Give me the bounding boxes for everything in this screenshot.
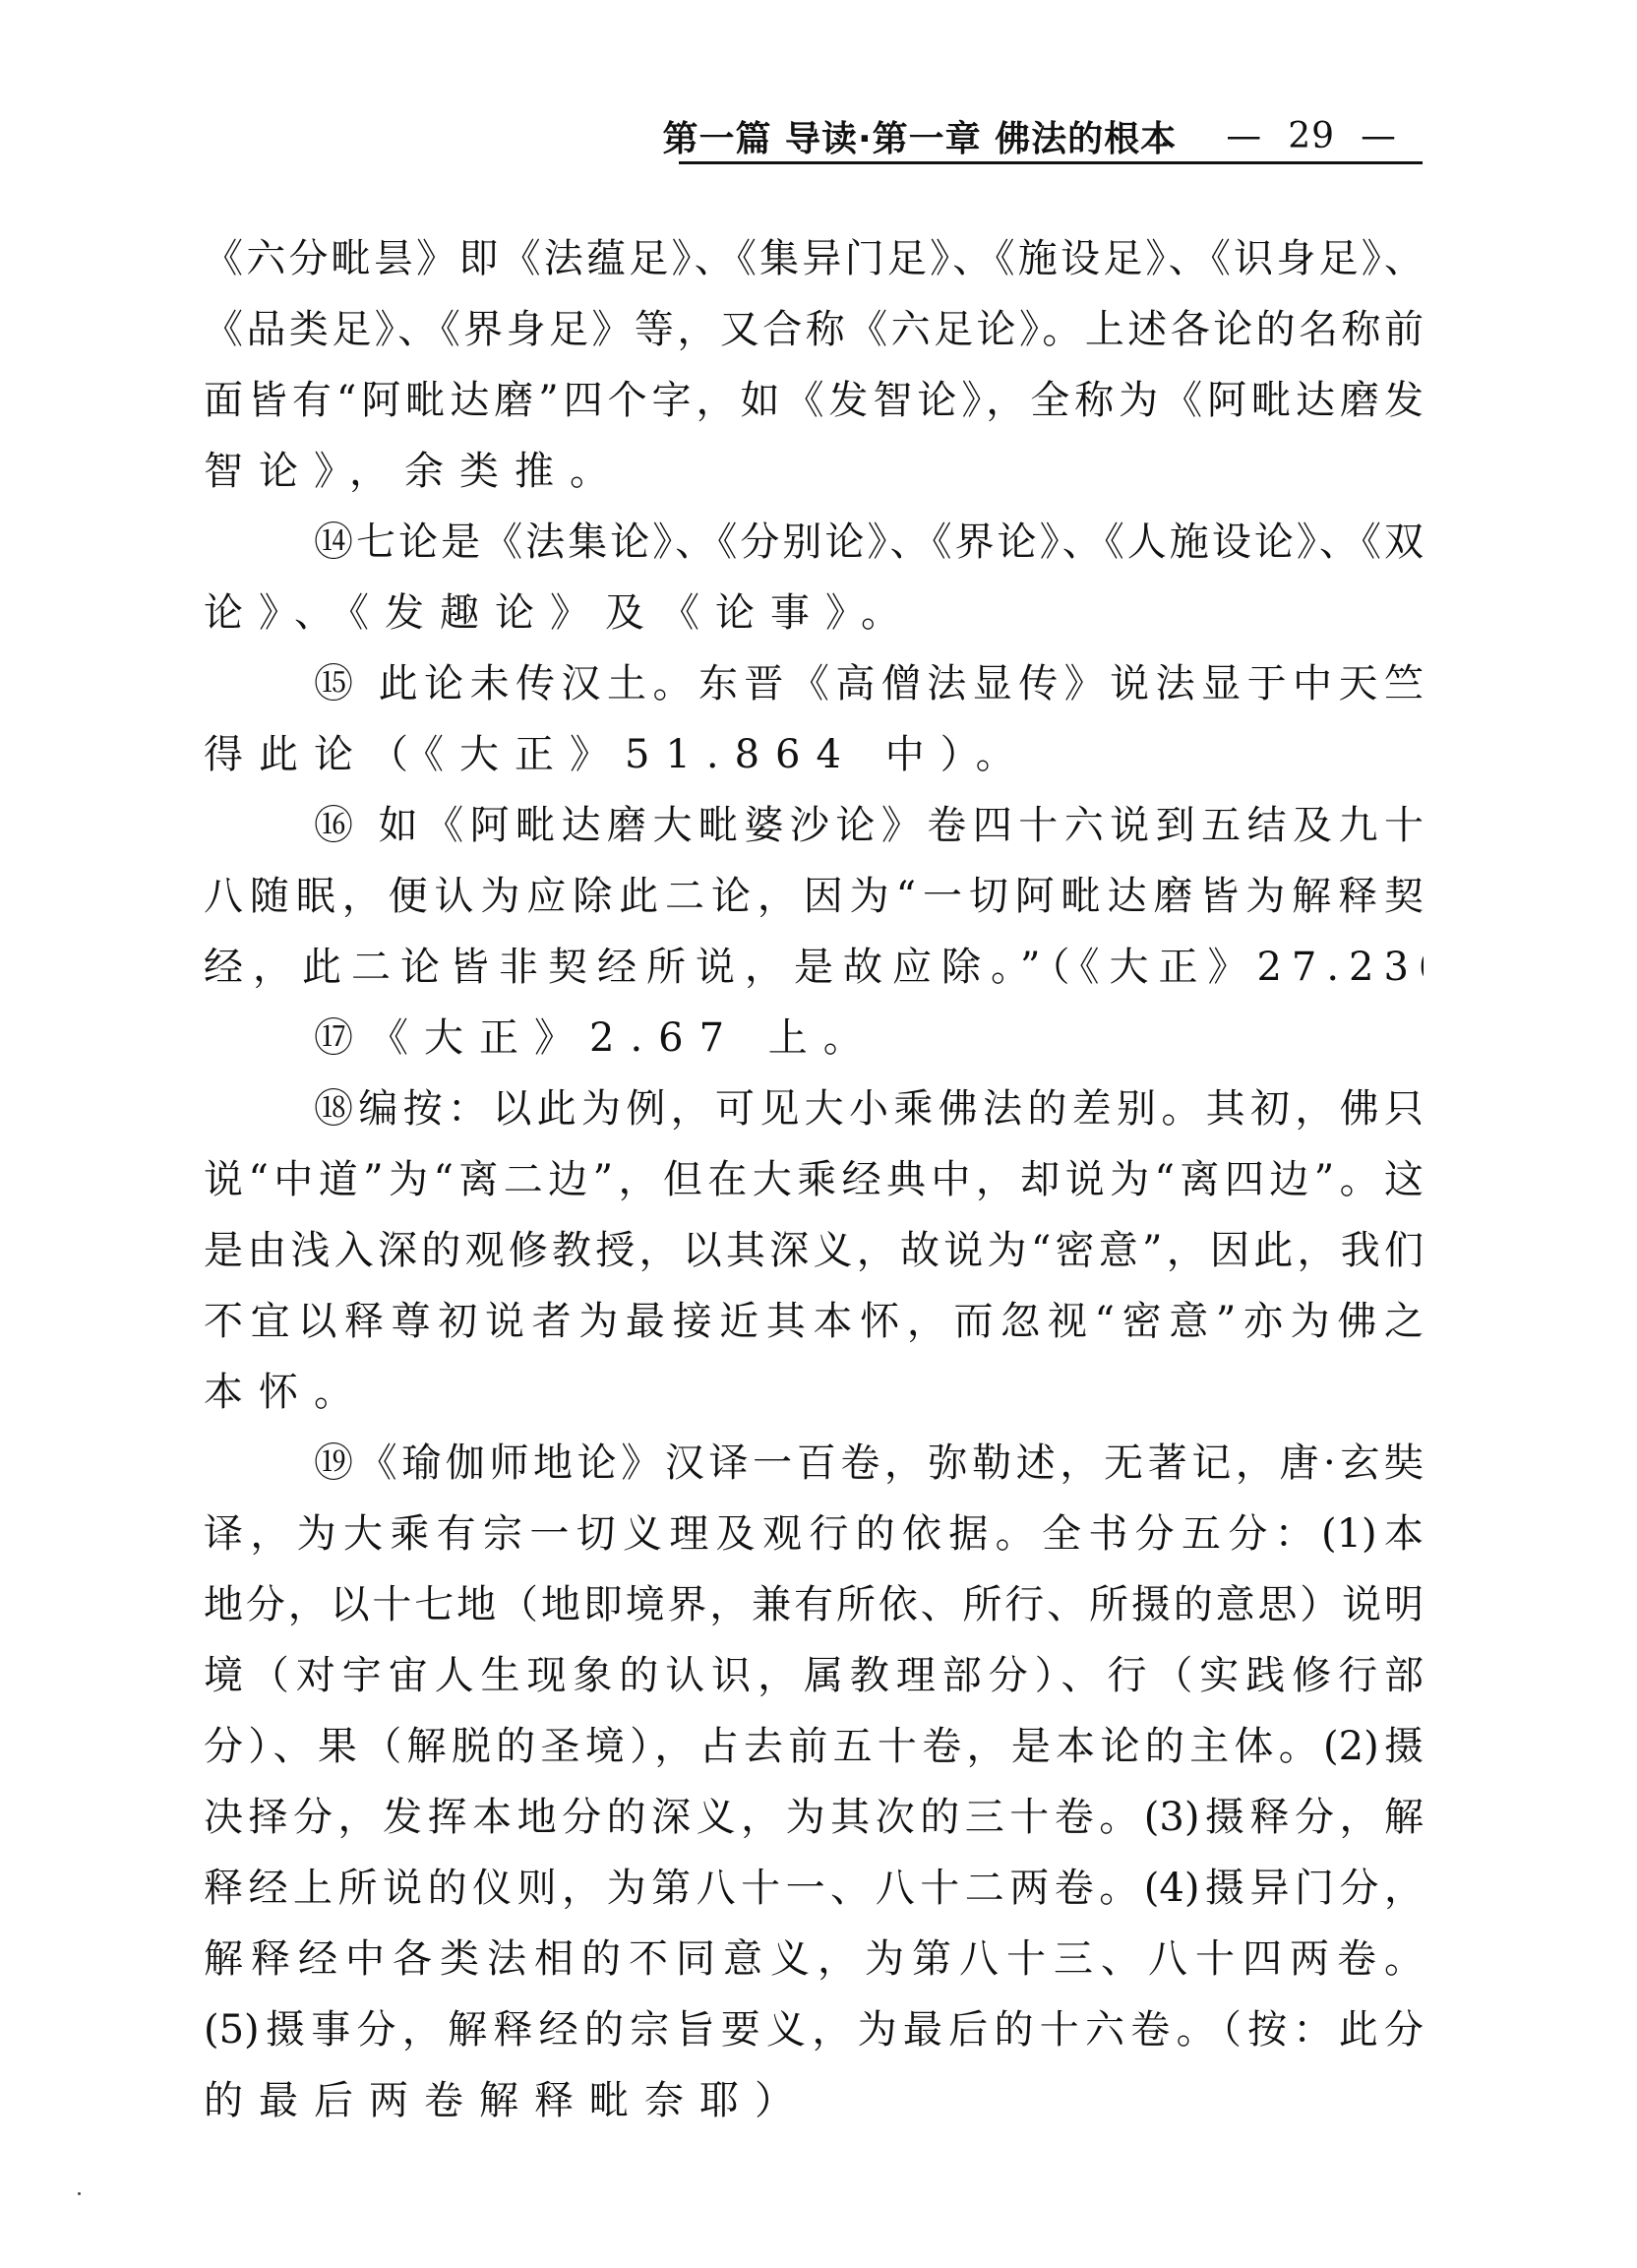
text-line: 地分，以十七地（地即境界，兼有所依、所行、所摄的意思）说明 <box>204 1569 1424 1640</box>
text-line: 得此论（《大正》51.864 中）。 <box>204 719 1424 790</box>
text-line: 释经上所说的仪则，为第八十一、八十二两卷。(4)摄异门分， <box>204 1853 1424 1924</box>
page-dash-left: — <box>1226 116 1262 156</box>
text-line: 决择分，发挥本地分的深义，为其次的三十卷。(3)摄释分，解 <box>204 1782 1424 1853</box>
page-dash-right: — <box>1361 116 1397 156</box>
scan-speck <box>78 2192 81 2195</box>
text-line: 境（对宇宙人生现象的认识，属教理部分）、行（实践修行部 <box>204 1640 1424 1711</box>
text-line: 八随眠，便认为应除此二论，因为“一切阿毗达磨皆为解释契 <box>204 861 1424 932</box>
text-line: 的最后两卷解释毗奈耶） <box>204 2065 1424 2136</box>
text-line: 经，此二论皆非契经所说，是故应除。”（《大正》27.236 中） <box>204 932 1424 1003</box>
footnote-18: ⑱编按：以此为例，可见大小乘佛法的差别。其初，佛只 <box>204 1073 1424 1144</box>
chapter-title: 第一篇 导读·第一章 佛法的根本 <box>662 111 1177 161</box>
text-line: 《六分毗昙》即《法蕴足》、《集异门足》、《施设足》、《识身足》、 <box>204 223 1424 294</box>
text-line: 译，为大乘有宗一切义理及观行的依据。全书分五分：(1)本 <box>204 1499 1424 1569</box>
text-line: 面皆有“阿毗达磨”四个字，如《发智论》，全称为《阿毗达磨发 <box>204 365 1424 436</box>
text-line: 说“中道”为“离二边”，但在大乘经典中，却说为“离四边”。这 <box>204 1144 1424 1215</box>
text-line: (5)摄事分，解释经的宗旨要义，为最后的十六卷。（按：此分 <box>204 1994 1424 2065</box>
footnote-15: ⑮ 此论未传汉土。东晋《高僧法显传》说法显于中天竺 <box>204 648 1424 719</box>
footnote-16: ⑯ 如《阿毗达磨大毗婆沙论》卷四十六说到五结及九十 <box>204 790 1424 861</box>
text-line: 智论》，余类推。 <box>204 436 1424 507</box>
text-line: 不宜以释尊初说者为最接近其本怀，而忽视“密意”亦为佛之 <box>204 1286 1424 1357</box>
scan-speck <box>1375 322 1377 324</box>
footnote-14: ⑭七论是《法集论》、《分别论》、《界论》、《人施设论》、《双 <box>204 507 1424 578</box>
footnote-19: ⑲《瑜伽师地论》汉译一百卷，弥勒述，无著记，唐·玄奘 <box>204 1428 1424 1499</box>
page-number: 29 <box>1288 116 1335 156</box>
running-header: 第一篇 导读·第一章 佛法的根本 — 29 — <box>679 110 1423 164</box>
text-line: 分）、果（解脱的圣境），占去前五十卷，是本论的主体。(2)摄 <box>204 1711 1424 1782</box>
text-line: 是由浅入深的观修教授，以其深义，故说为“密意”，因此，我们 <box>204 1215 1424 1286</box>
footnotes-body: 《六分毗昙》即《法蕴足》、《集异门足》、《施设足》、《识身足》、 《品类足》、《… <box>204 223 1424 2136</box>
text-line: 本怀。 <box>204 1357 1424 1428</box>
text-line: 《品类足》、《界身足》等，又合称《六足论》。上述各论的名称前 <box>204 294 1424 365</box>
text-line: 解释经中各类法相的不同意义，为第八十三、八十四两卷。 <box>204 1924 1424 1994</box>
footnote-17: ⑰《大正》2.67 上。 <box>204 1003 1424 1073</box>
text-line: 论》、《发趣论》及《论事》。 <box>204 578 1424 648</box>
